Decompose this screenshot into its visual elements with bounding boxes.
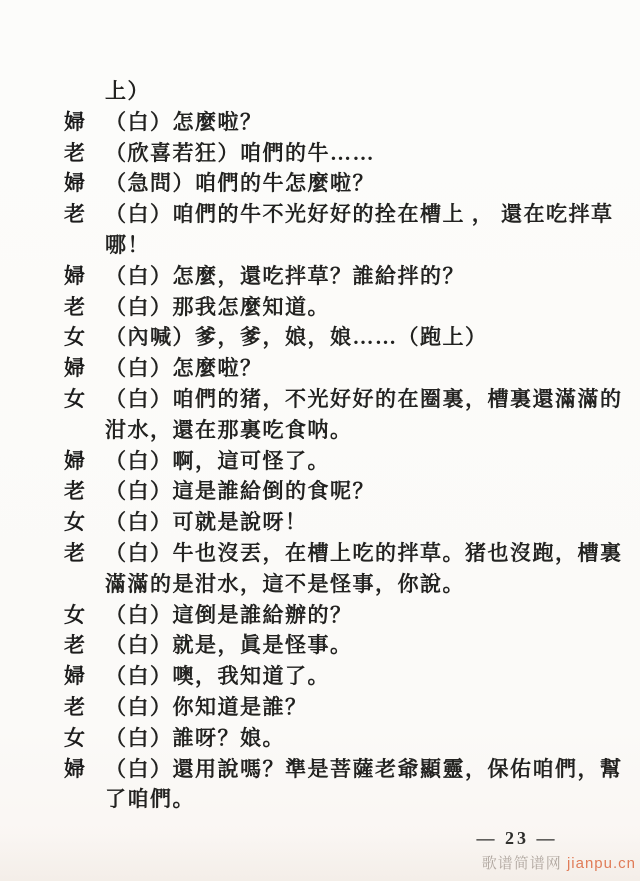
speaker-label: 老 — [64, 199, 105, 230]
dialogue-text: 哪！ — [105, 230, 612, 261]
dialogue-text: （白）牛也沒丟，在槽上吃的拌草。猪也沒跑，槽裏 — [105, 538, 623, 569]
speaker-label: 婦 — [64, 107, 105, 138]
dialogue-text: （白）怎麼啦？ — [105, 107, 612, 138]
watermark: 歌谱简谱网 jianpu.cn — [482, 852, 636, 873]
dialogue-text: （內喊）爹，爹，娘，娘……（跑上） — [105, 322, 612, 353]
dialogue-text: 了咱們。 — [105, 784, 612, 815]
speaker-label: 婦 — [64, 261, 105, 292]
script-line-12: 婦 （白）啊，這可怪了。 — [64, 446, 612, 477]
script-line-15: 老 （白）牛也沒丟，在槽上吃的拌草。猪也沒跑，槽裏 — [64, 538, 612, 569]
script-line-14: 女 （白）可就是說呀！ — [64, 507, 612, 538]
dialogue-text: （白）那我怎麼知道。 — [105, 292, 612, 323]
script-line-19: 婦 （白）噢，我知道了。 — [64, 661, 612, 692]
script-line-4: 老 （白）咱們的牛不光好好的拴在槽上 ， 還在吃拌草 — [64, 199, 612, 230]
dialogue-area: 上） 婦 （白）怎麼啦？ 老 （欣喜若狂）咱們的牛…… 婦 （急問）咱們的牛怎麼… — [64, 76, 612, 815]
speaker-label: 婦 — [64, 353, 105, 384]
dialogue-text: （白）怎麼，還吃拌草？誰給拌的？ — [105, 261, 612, 292]
dialogue-text: （白）啊，這可怪了。 — [105, 446, 612, 477]
speaker-label: 老 — [64, 292, 105, 323]
script-line-7: 老 （白）那我怎麼知道。 — [64, 292, 612, 323]
script-line-16: 滿滿的是泔水，這不是怪事，你說。 — [64, 569, 612, 600]
dialogue-text: （白）怎麼啦？ — [105, 353, 612, 384]
dialogue-text: （白）還用說嗎？準是菩薩老爺顯靈，保佑咱們，幫 — [105, 754, 623, 785]
speaker-label: 女 — [64, 723, 105, 754]
dialogue-text: （白）咱們的猪，不光好好的在圈裏，槽裏還滿滿的 — [105, 384, 623, 415]
speaker-label: 老 — [64, 476, 105, 507]
script-line-11: 泔水，還在那裏吃食呐。 — [64, 415, 612, 446]
speaker-label: 老 — [64, 630, 105, 661]
dialogue-text: （白）這倒是誰給辦的？ — [105, 600, 612, 631]
dialogue-text: 泔水，還在那裏吃食呐。 — [105, 415, 612, 446]
page-number: — 23 — — [462, 828, 572, 849]
script-line-1: 婦 （白）怎麼啦？ — [64, 107, 612, 138]
scanned-script-page: 上） 婦 （白）怎麼啦？ 老 （欣喜若狂）咱們的牛…… 婦 （急問）咱們的牛怎麼… — [0, 0, 640, 881]
script-line-21: 女 （白）誰呀？娘。 — [64, 723, 612, 754]
speaker-label: 女 — [64, 507, 105, 538]
script-line-0: 上） — [64, 76, 612, 107]
dialogue-text: （白）可就是說呀！ — [105, 507, 612, 538]
dialogue-text: （急問）咱們的牛怎麼啦？ — [105, 168, 612, 199]
script-line-9: 婦 （白）怎麼啦？ — [64, 353, 612, 384]
script-line-8: 女 （內喊）爹，爹，娘，娘……（跑上） — [64, 322, 612, 353]
dialogue-text: 滿滿的是泔水，這不是怪事，你說。 — [105, 569, 612, 600]
speaker-label: 女 — [64, 600, 105, 631]
script-line-5: 哪！ — [64, 230, 612, 261]
speaker-label: 婦 — [64, 168, 105, 199]
script-line-2: 老 （欣喜若狂）咱們的牛…… — [64, 138, 612, 169]
speaker-label: 婦 — [64, 754, 105, 785]
script-line-6: 婦 （白）怎麼，還吃拌草？誰給拌的？ — [64, 261, 612, 292]
script-line-13: 老 （白）這是誰給倒的食呢？ — [64, 476, 612, 507]
script-line-3: 婦 （急問）咱們的牛怎麼啦？ — [64, 168, 612, 199]
script-line-22: 婦 （白）還用說嗎？準是菩薩老爺顯靈，保佑咱們，幫 — [64, 754, 612, 785]
dialogue-text: （白）噢，我知道了。 — [105, 661, 612, 692]
speaker-label: 婦 — [64, 446, 105, 477]
watermark-site-url: jianpu.cn — [567, 855, 636, 872]
dialogue-text: （欣喜若狂）咱們的牛…… — [105, 138, 612, 169]
dialogue-text: 上） — [105, 76, 612, 107]
speaker-label: 婦 — [64, 661, 105, 692]
script-line-18: 老 （白）就是，眞是怪事。 — [64, 630, 612, 661]
dialogue-text: （白）你知道是誰？ — [105, 692, 612, 723]
speaker-label: 老 — [64, 138, 105, 169]
script-line-20: 老 （白）你知道是誰？ — [64, 692, 612, 723]
dialogue-text: （白）咱們的牛不光好好的拴在槽上 ， 還在吃拌草 — [105, 199, 614, 230]
speaker-label: 老 — [64, 538, 105, 569]
script-line-17: 女 （白）這倒是誰給辦的？ — [64, 600, 612, 631]
speaker-label: 老 — [64, 692, 105, 723]
script-line-23: 了咱們。 — [64, 784, 612, 815]
script-line-10: 女 （白）咱們的猪，不光好好的在圈裏，槽裏還滿滿的 — [64, 384, 612, 415]
dialogue-text: （白）這是誰給倒的食呢？ — [105, 476, 612, 507]
dialogue-text: （白）誰呀？娘。 — [105, 723, 612, 754]
speaker-label: 女 — [64, 322, 105, 353]
speaker-label: 女 — [64, 384, 105, 415]
watermark-site-name: 歌谱简谱网 — [482, 855, 567, 872]
dialogue-text: （白）就是，眞是怪事。 — [105, 630, 612, 661]
